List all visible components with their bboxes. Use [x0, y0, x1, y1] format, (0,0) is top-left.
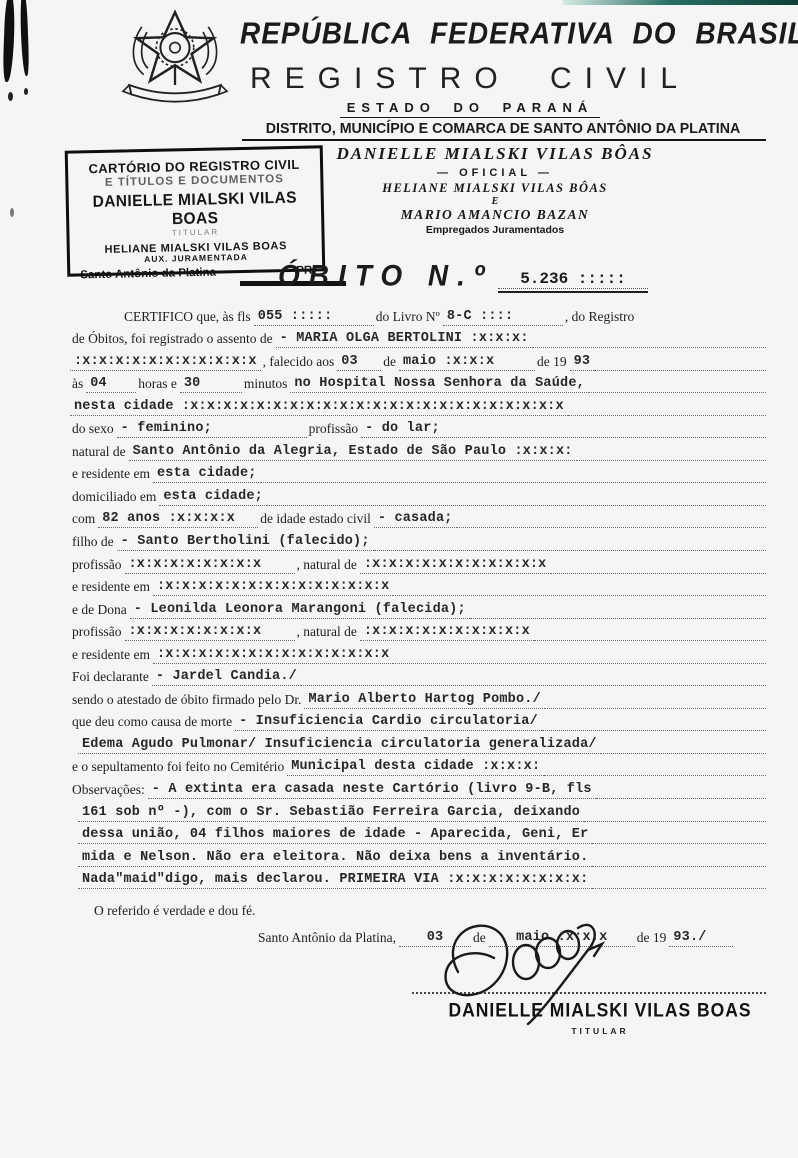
form-value: - A extinta era casada neste Cartório (l… — [148, 782, 596, 799]
form-rule — [544, 775, 766, 776]
officials-block: DANIELLE MIALSKI VILAS BÔAS — OFICIAL — … — [330, 144, 660, 236]
form-label: domiciliado em — [70, 489, 159, 506]
form-rule — [301, 685, 766, 686]
form-line: :x:x:x:x:x:x:x:x:x:x:x, falecido aos03de… — [70, 348, 766, 371]
year-value: 93./ — [669, 930, 733, 947]
form-label: de Óbitos, foi registrado o assento de — [70, 331, 276, 348]
form-rule — [577, 460, 766, 461]
form-value: :x:x:x:x:x:x:x:x:x:x:x — [70, 354, 261, 371]
form-label: e residente em — [70, 647, 153, 664]
stamp-dash: — — [250, 266, 262, 278]
form-rule — [393, 663, 766, 664]
scan-speck — [8, 92, 13, 101]
form-rule — [374, 550, 766, 551]
form-rule — [393, 595, 766, 596]
form-label: horas e — [136, 376, 180, 393]
form-rule — [545, 708, 766, 709]
date-de2: de 19 — [635, 930, 670, 947]
form-rule — [261, 482, 766, 483]
form-value: :x:x:x:x:x:x:x:x:x:x:x — [360, 557, 551, 574]
form-line: filho de- Santo Bertholini (falecido); — [70, 528, 766, 551]
form-value: no Hospital Nossa Senhora da Saúde, — [290, 376, 589, 393]
form-value: - Insuficiencia Cardio circulatoria/ — [235, 714, 542, 731]
form-label: , natural de — [295, 557, 360, 574]
form-rule — [489, 437, 766, 438]
form-value: 03 — [337, 354, 381, 371]
form-value: 82 anos :x:x:x:x — [98, 511, 258, 528]
form-line: às04horas e30minutosno Hospital Nossa Se… — [70, 371, 766, 394]
form-value: - casada; — [374, 511, 457, 528]
form-label: minutos — [242, 376, 291, 393]
form-label: que deu como causa de morte — [70, 714, 235, 731]
form-value: Mario Alberto Hartog Pombo./ — [304, 692, 544, 709]
form-value: :x:x:x:x:x:x:x:x — [125, 557, 295, 574]
form-label: e o sepultamento foi feito no Cemitério — [70, 759, 287, 776]
form-rule — [601, 753, 766, 754]
form-label: Observações: — [70, 782, 148, 799]
form-rule — [534, 640, 766, 641]
form-line: do sexo- feminino;profissão- do lar; — [70, 416, 766, 439]
form-line: dessa união, 04 filhos maiores de idade … — [70, 822, 766, 845]
form-value: - Leonilda Leonora Marangoni (falecida); — [130, 602, 470, 619]
form-rule — [533, 347, 766, 348]
form-line: O referido é verdade e dou fé. — [70, 897, 766, 920]
form-line: e residente em:x:x:x:x:x:x:x:x:x:x:x:x:x… — [70, 641, 766, 664]
form-label: com — [70, 511, 98, 528]
scan-streak-artifact — [20, 0, 30, 76]
stamp-city: Santo Antônio da Platina — [80, 267, 216, 282]
form-value: Santo Antônio da Alegria, Estado de São … — [129, 444, 577, 461]
form-value: nesta cidade :x:x:x:x:x:x:x:x:x:x:x:x:x:… — [70, 399, 568, 416]
form-value: 055 ::::: — [254, 309, 374, 326]
form-line: e de Dona- Leonilda Leonora Marangoni (f… — [70, 596, 766, 619]
form-value: dessa união, 04 filhos maiores de idade … — [78, 827, 592, 844]
oficial-name: DANIELLE MIALSKI VILAS BÔAS — [330, 144, 660, 164]
form-label: profissão — [70, 624, 125, 641]
form-label: , do Registro — [563, 309, 637, 326]
form-value: - Santo Bertholini (falecido); — [117, 534, 374, 551]
form-rule — [596, 798, 766, 799]
form-label: de idade estado civil — [258, 511, 374, 528]
form-value: Municipal desta cidade :x:x:x: — [287, 759, 544, 776]
form-line: Edema Agudo Pulmonar/ Insuficiencia circ… — [70, 731, 766, 754]
form-label: CERTIFICO que, às fls — [122, 309, 254, 326]
form-line: e o sepultamento foi feito no CemitérioM… — [70, 754, 766, 777]
form-value: Nada"maid"digo, mais declarou. PRIMEIRA … — [78, 872, 592, 889]
form-line: e residente em:x:x:x:x:x:x:x:x:x:x:x:x:x… — [70, 574, 766, 597]
form-value: :x:x:x:x:x:x:x:x:x:x:x:x:x:x — [153, 579, 393, 596]
form-lines: CERTIFICO que, às fls055 :::::do Livro N… — [70, 303, 766, 920]
scan-streak-artifact — [2, 0, 15, 82]
registry-title: REGISTRO CIVIL — [250, 62, 690, 96]
form-rule — [542, 730, 766, 731]
form-rule — [584, 821, 766, 822]
form-value: :x:x:x:x:x:x:x:x:x:x:x:x:x:x — [153, 647, 393, 664]
signature-scribble — [420, 908, 635, 1026]
form-label: às — [70, 376, 86, 393]
form-line: Observações:- A extinta era casada neste… — [70, 776, 766, 799]
form-label: , falecido aos — [261, 354, 338, 371]
brazil-coat-of-arms-icon — [112, 6, 238, 110]
form-label: de — [381, 354, 399, 371]
form-label: , natural de — [295, 624, 360, 641]
form-line: com82 anos :x:x:x:xde idade estado civil… — [70, 506, 766, 529]
scan-edge-artifact — [563, 0, 798, 5]
form-line: nesta cidade :x:x:x:x:x:x:x:x:x:x:x:x:x:… — [70, 393, 766, 416]
form-line: Foi declarante- Jardel Candia./ — [70, 664, 766, 687]
form-value: :x:x:x:x:x:x:x:x — [125, 624, 295, 641]
employees-role: Empregados Juramentados — [330, 224, 660, 236]
form-line: de Óbitos, foi registrado o assento de- … — [70, 326, 766, 349]
form-rule — [592, 866, 766, 867]
state-line: ESTADO DO PARANÁ — [340, 100, 600, 118]
form-label: profissão — [307, 421, 362, 438]
form-line: mida e Nelson. Não era eleitora. Não dei… — [70, 844, 766, 867]
form-line: CERTIFICO que, às fls055 :::::do Livro N… — [70, 303, 766, 326]
form-line: que deu como causa de morte- Insuficienc… — [70, 709, 766, 732]
form-line: e residente emesta cidade; — [70, 461, 766, 484]
form-line: profissão:x:x:x:x:x:x:x:x, natural de:x:… — [70, 551, 766, 574]
district-underline — [242, 139, 766, 141]
form-rule — [470, 618, 766, 619]
form-value: - feminino; — [117, 421, 307, 438]
form-label: e residente em — [70, 579, 153, 596]
conjunction: E — [330, 196, 660, 207]
form-rule — [589, 392, 766, 393]
form-value: :x:x:x:x:x:x:x:x:x:x — [360, 624, 534, 641]
scan-speck — [10, 208, 14, 217]
form-rule — [551, 573, 767, 574]
district-line: DISTRITO, MUNICÍPIO E COMARCA DE SANTO A… — [243, 121, 762, 137]
form-rule — [594, 370, 766, 371]
form-value: Edema Agudo Pulmonar/ Insuficiencia circ… — [78, 737, 601, 754]
form-value: 8-C :::: — [443, 309, 563, 326]
form-label: e de Dona — [70, 602, 130, 619]
form-label: sendo o atestado de óbito firmado pelo D… — [70, 692, 304, 709]
oficial-role: — OFICIAL — — [330, 167, 660, 179]
form-label: do Livro Nº — [374, 309, 443, 326]
form-label: filho de — [70, 534, 117, 551]
form-line: 161 sob nº -), com o Sr. Sebastião Ferre… — [70, 799, 766, 822]
record-number: 5.236 ::::: — [498, 270, 648, 293]
form-label: O referido é verdade e dou fé. — [92, 903, 259, 920]
form-value: esta cidade; — [159, 489, 267, 506]
employee2-name: MARIO AMANCIO BAZAN — [330, 207, 660, 223]
form-line: natural deSanto Antônio da Alegria, Esta… — [70, 438, 766, 461]
form-line: domiciliado emesta cidade; — [70, 483, 766, 506]
form-value: maio :x:x:x — [399, 354, 535, 371]
death-certificate-page: REPÚBLICA FEDERATIVA DO BRASIL REGISTRO … — [0, 0, 798, 1158]
form-label: do sexo — [70, 421, 117, 438]
form-line: Nada"maid"digo, mais declarou. PRIMEIRA … — [70, 867, 766, 890]
form-rule — [267, 505, 766, 506]
scan-speck — [24, 88, 28, 95]
form-label: de 19 — [535, 354, 570, 371]
form-rule — [457, 527, 766, 528]
form-value: - Jardel Candia./ — [152, 669, 301, 686]
form-value: 30 — [180, 376, 242, 393]
stamp-notary-name: DANIELLE MIALSKI VILAS BOAS — [69, 188, 322, 231]
form-value: 04 — [86, 376, 136, 393]
form-label: Foi declarante — [70, 669, 152, 686]
form-rule — [592, 843, 766, 844]
form-label: e residente em — [70, 466, 153, 483]
employee1-name: HELIANE MIALSKI VILAS BÔAS — [330, 181, 660, 196]
form-value: - MARIA OLGA BERTOLINI :x:x:x: — [276, 331, 533, 348]
notary-stamp-box: CARTÓRIO DO REGISTRO CIVIL E TÍTULOS E D… — [65, 145, 326, 276]
place-label: Santo Antônio da Platina, — [256, 930, 399, 947]
form-rule — [592, 888, 766, 889]
record-type-heading: ÓBITO N.º — [278, 259, 493, 293]
signature-role: TITULAR — [428, 1026, 772, 1036]
form-rule — [568, 415, 766, 416]
form-value: 161 sob nº -), com o Sr. Sebastião Ferre… — [78, 805, 584, 822]
form-label: natural de — [70, 444, 129, 461]
form-line: sendo o atestado de óbito firmado pelo D… — [70, 686, 766, 709]
form-value: esta cidade; — [153, 466, 261, 483]
form-value: 93 — [570, 354, 595, 371]
form-value: - do lar; — [361, 421, 489, 438]
country-title: REPÚBLICA FEDERATIVA DO BRASIL — [240, 17, 680, 52]
form-line: profissão:x:x:x:x:x:x:x:x, natural de:x:… — [70, 619, 766, 642]
form-value: mida e Nelson. Não era eleitora. Não dei… — [78, 850, 592, 867]
form-label: profissão — [70, 557, 125, 574]
